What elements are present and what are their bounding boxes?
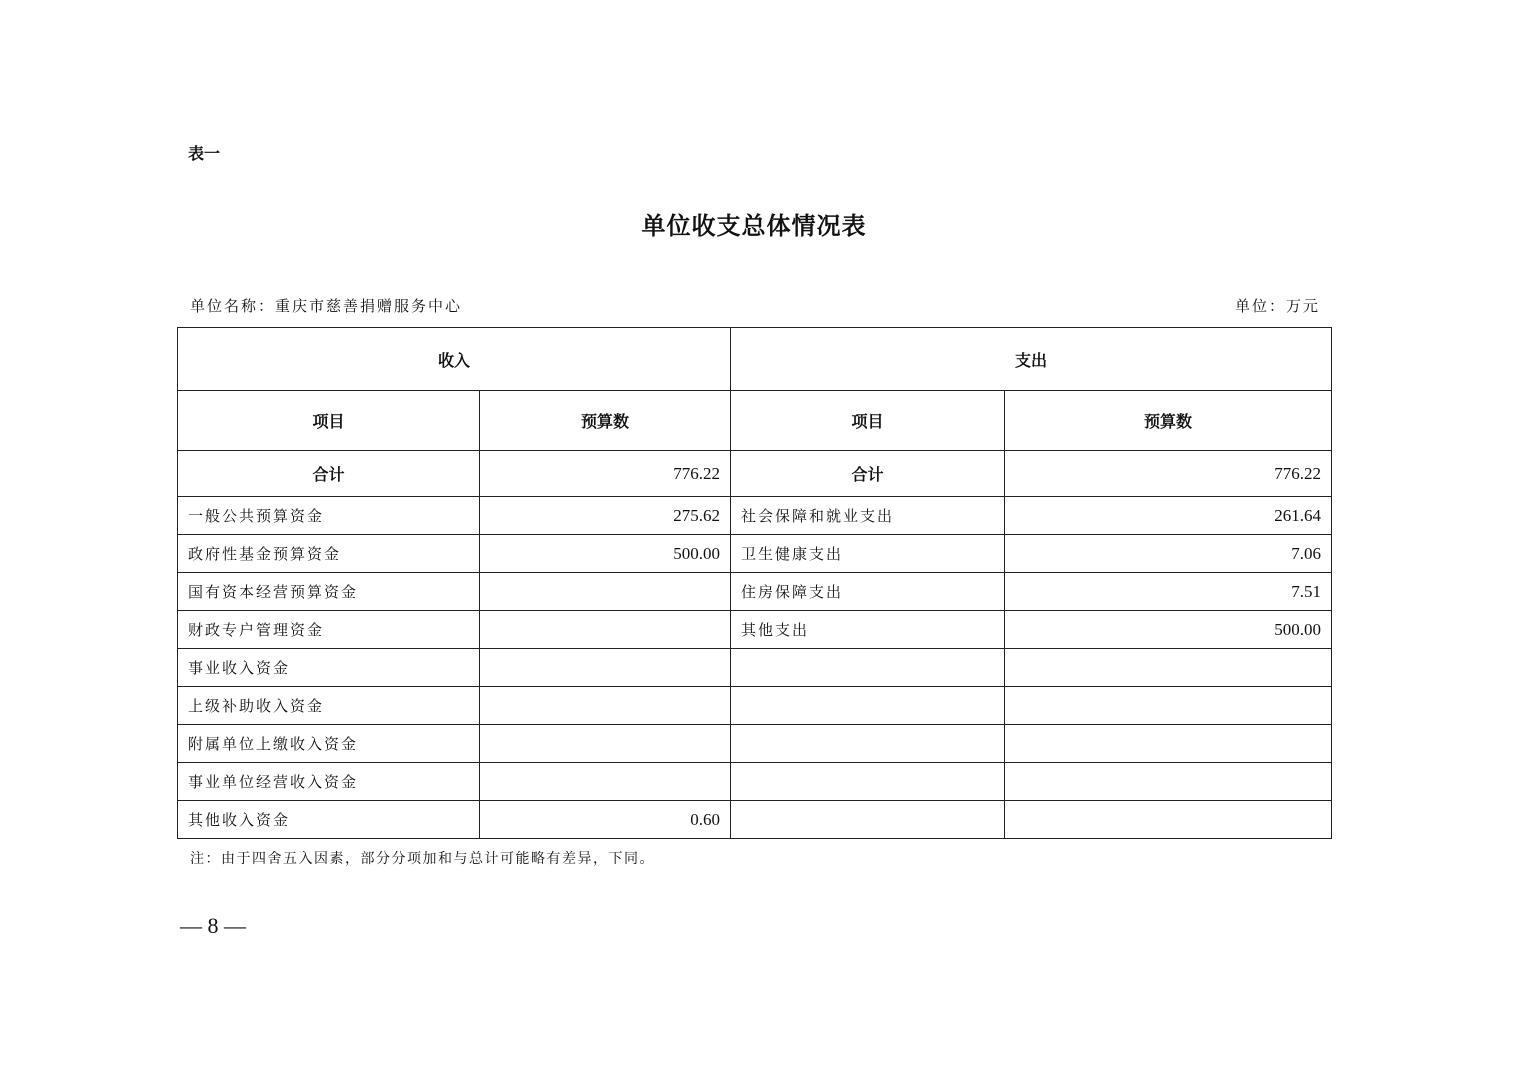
income-item: 一般公共预算资金: [178, 497, 480, 535]
table-row: 事业单位经营收入资金: [178, 763, 1332, 801]
income-item: 事业收入资金: [178, 649, 480, 687]
section-header-row: 收入 支出: [178, 328, 1332, 391]
income-item-header: 项目: [178, 391, 480, 451]
income-item: 政府性基金预算资金: [178, 535, 480, 573]
income-budget-header: 预算数: [480, 391, 731, 451]
income-total-value: 776.22: [480, 451, 731, 497]
footnote: 注：由于四舍五入因素，部分分项加和与总计可能略有差异，下同。: [190, 848, 655, 868]
expense-value: 7.51: [1005, 573, 1332, 611]
budget-table: 收入 支出 项目 预算数 项目 预算数 合计 776.22 合计 776.22 …: [177, 327, 1332, 839]
expense-item: [731, 763, 1005, 801]
income-value: [480, 573, 731, 611]
expense-item: [731, 801, 1005, 839]
income-value: [480, 687, 731, 725]
expense-item: 卫生健康支出: [731, 535, 1005, 573]
total-row: 合计 776.22 合计 776.22: [178, 451, 1332, 497]
expense-value: [1005, 763, 1332, 801]
income-value: [480, 649, 731, 687]
income-value: 0.60: [480, 801, 731, 839]
expense-item: 社会保障和就业支出: [731, 497, 1005, 535]
table-row: 附属单位上缴收入资金: [178, 725, 1332, 763]
expense-item: [731, 687, 1005, 725]
income-item: 其他收入资金: [178, 801, 480, 839]
expense-item: [731, 649, 1005, 687]
income-header: 收入: [178, 328, 731, 391]
table-label: 表一: [188, 141, 220, 164]
table-row: 政府性基金预算资金 500.00 卫生健康支出 7.06: [178, 535, 1332, 573]
income-item: 事业单位经营收入资金: [178, 763, 480, 801]
expense-value: 261.64: [1005, 497, 1332, 535]
currency-unit: 单位：万元: [1235, 295, 1320, 316]
expense-value: 500.00: [1005, 611, 1332, 649]
income-value: [480, 611, 731, 649]
page-number: — 8 —: [180, 913, 246, 939]
income-item: 附属单位上缴收入资金: [178, 725, 480, 763]
expense-header: 支出: [731, 328, 1332, 391]
expense-total-label: 合计: [731, 451, 1005, 497]
expense-value: [1005, 649, 1332, 687]
table-row: 财政专户管理资金 其他支出 500.00: [178, 611, 1332, 649]
income-value: 275.62: [480, 497, 731, 535]
expense-item: [731, 725, 1005, 763]
expense-value: [1005, 801, 1332, 839]
income-item: 上级补助收入资金: [178, 687, 480, 725]
income-value: [480, 763, 731, 801]
unit-name: 单位名称：重庆市慈善捐赠服务中心: [190, 295, 462, 316]
income-value: 500.00: [480, 535, 731, 573]
page-title: 单位收支总体情况表: [0, 206, 1508, 241]
expense-item-header: 项目: [731, 391, 1005, 451]
table-row: 国有资本经营预算资金 住房保障支出 7.51: [178, 573, 1332, 611]
column-header-row: 项目 预算数 项目 预算数: [178, 391, 1332, 451]
income-value: [480, 725, 731, 763]
table-row: 其他收入资金 0.60: [178, 801, 1332, 839]
expense-item: 住房保障支出: [731, 573, 1005, 611]
expense-value: [1005, 725, 1332, 763]
table-row: 上级补助收入资金: [178, 687, 1332, 725]
table-row: 一般公共预算资金 275.62 社会保障和就业支出 261.64: [178, 497, 1332, 535]
expense-item: 其他支出: [731, 611, 1005, 649]
expense-value: 7.06: [1005, 535, 1332, 573]
table-row: 事业收入资金: [178, 649, 1332, 687]
expense-budget-header: 预算数: [1005, 391, 1332, 451]
income-item: 国有资本经营预算资金: [178, 573, 480, 611]
income-item: 财政专户管理资金: [178, 611, 480, 649]
expense-value: [1005, 687, 1332, 725]
expense-total-value: 776.22: [1005, 451, 1332, 497]
income-total-label: 合计: [178, 451, 480, 497]
